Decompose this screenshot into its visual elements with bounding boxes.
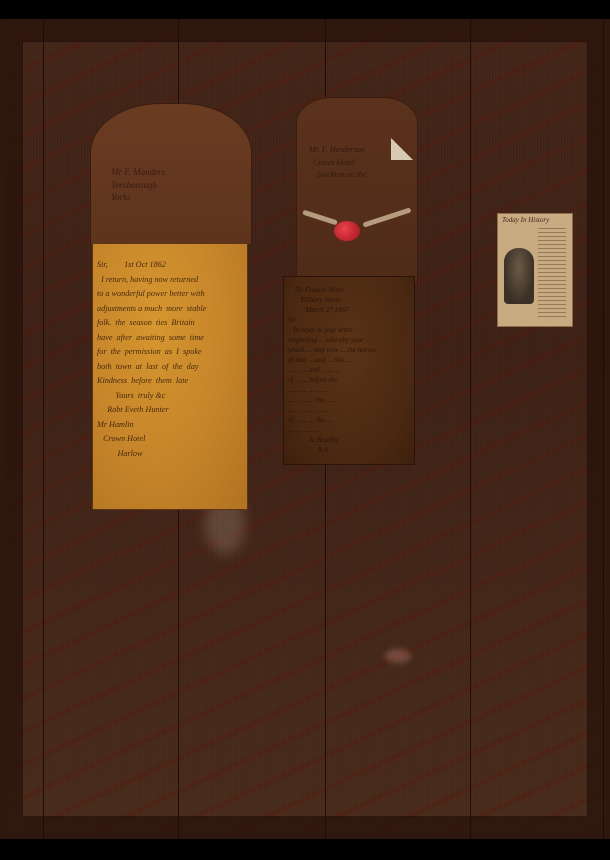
plank-seam [603, 19, 604, 839]
clipping-portrait [504, 248, 534, 304]
middle-envelope: Mr. F. Henderson Crown Hotel Stockton on… [296, 97, 418, 284]
middle-letter-text: Sir Francis Hotel Tillbury Street March … [288, 285, 376, 455]
wooden-panel: Mr F. Manders Teesborough Yorks Sir, 1st… [0, 19, 610, 839]
left-letter-text: Sir, 1st Oct 1862 I return, having now r… [97, 258, 206, 461]
clipping-title: Today In History [502, 216, 549, 224]
left-envelope-address: Mr F. Manders Teesborough Yorks [111, 166, 165, 204]
clipping-text-column [538, 228, 566, 320]
newspaper-clipping: Today In History [497, 213, 573, 327]
plank-seam [43, 19, 44, 839]
middle-envelope-address: Mr. F. Henderson Crown Hotel Stockton on… [309, 144, 366, 182]
middle-letter: Sir Francis Hotel Tillbury Street March … [283, 276, 415, 465]
plank-seam [470, 19, 471, 839]
left-envelope: Mr F. Manders Teesborough Yorks [90, 103, 252, 245]
left-letter: Sir, 1st Oct 1862 I return, having now r… [92, 243, 248, 510]
wood-stain [385, 649, 411, 663]
wax-seal [334, 221, 360, 241]
